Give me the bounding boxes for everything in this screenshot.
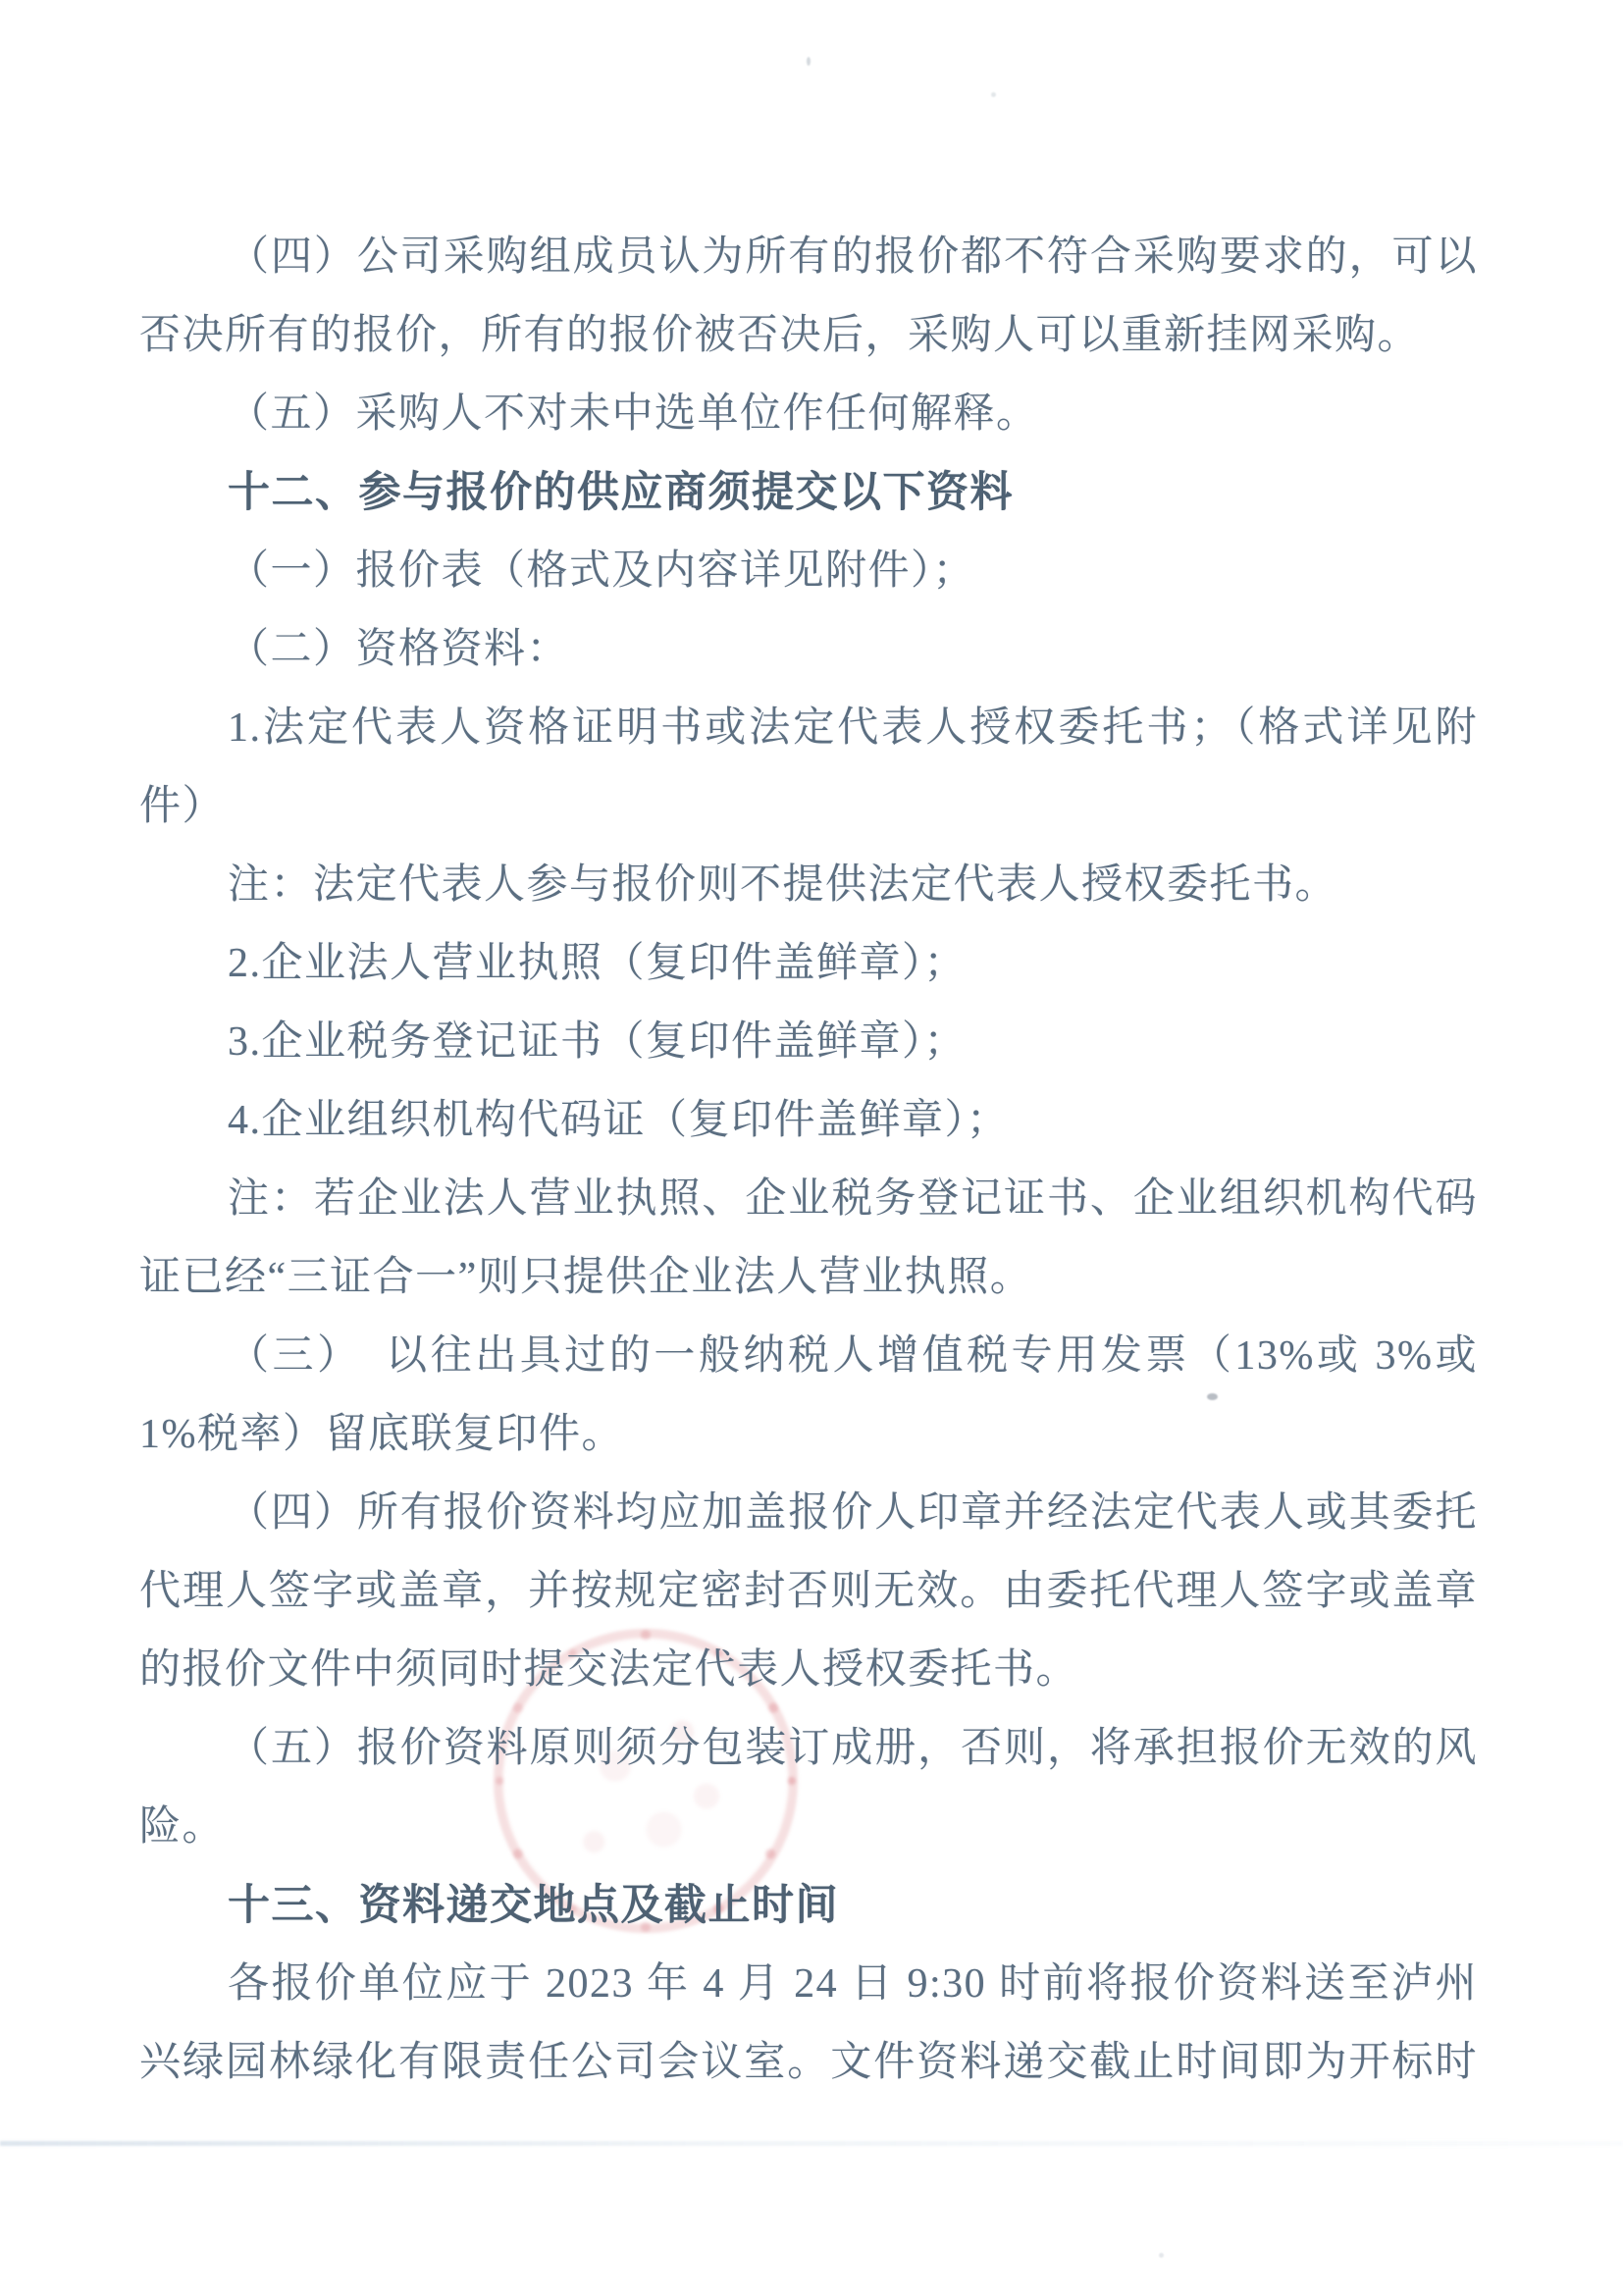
text-line: 件） [139, 767, 1478, 846]
scan-speck [1159, 2253, 1164, 2258]
text-line: （四）所有报价资料均应加盖报价人印章并经法定代表人或其委托 [139, 1474, 1478, 1552]
text-line: 险。 [139, 1788, 1478, 1866]
text-line: 否决所有的报价，所有的报价被否决后，采购人可以重新挂网采购。 [139, 296, 1478, 375]
text-line: 3.企业税务登记证书（复印件盖鲜章）； [139, 1003, 1478, 1081]
text-line: 代理人签字或盖章，并按规定密封否则无效。由委托代理人签字或盖章 [139, 1552, 1478, 1631]
section-heading: 十三、资料递交地点及截止时间 [139, 1866, 1478, 1945]
scan-streak [0, 2141, 1623, 2146]
section-heading: 十二、参与报价的供应商须提交以下资料 [139, 453, 1478, 532]
text-line: （四）公司采购组成员认为所有的报价都不符合采购要求的，可以 [139, 218, 1478, 296]
text-line: 1.法定代表人资格证明书或法定代表人授权委托书；（格式详见附 [139, 689, 1478, 767]
text-line: （五）报价资料原则须分包装订成册，否则，将承担报价无效的风 [139, 1709, 1478, 1788]
document-text-block: （四）公司采购组成员认为所有的报价都不符合采购要求的，可以 否决所有的报价，所有… [139, 218, 1478, 2102]
scan-speck [1207, 1393, 1218, 1400]
text-line: 4.企业组织机构代码证（复印件盖鲜章）； [139, 1081, 1478, 1160]
text-line: 的报价文件中须同时提交法定代表人授权委托书。 [139, 1631, 1478, 1709]
document-page: （四）公司采购组成员认为所有的报价都不符合采购要求的，可以 否决所有的报价，所有… [0, 0, 1623, 2296]
scan-speck [807, 57, 811, 66]
text-line: （五）采购人不对未中选单位作任何解释。 [139, 375, 1478, 453]
text-line: 各报价单位应于 2023 年 4 月 24 日 9:30 时前将报价资料送至泸州 [139, 1945, 1478, 2023]
text-line: （三） 以往出具过的一般纳税人增值税专用发票（13%或 3%或 [139, 1317, 1478, 1395]
scan-speck [991, 92, 996, 97]
text-line: 2.企业法人营业执照（复印件盖鲜章）； [139, 924, 1478, 1003]
text-line: 注：法定代表人参与报价则不提供法定代表人授权委托书。 [139, 846, 1478, 924]
text-line: （一）报价表（格式及内容详见附件）； [139, 532, 1478, 610]
text-line: （二）资格资料： [139, 610, 1478, 689]
text-line: 注：若企业法人营业执照、企业税务登记证书、企业组织机构代码 [139, 1160, 1478, 1238]
text-line: 1%税率）留底联复印件。 [139, 1395, 1478, 1474]
text-line: 证已经“三证合一”则只提供企业法人营业执照。 [139, 1238, 1478, 1317]
text-line: 兴绿园林绿化有限责任公司会议室。文件资料递交截止时间即为开标时 [139, 2023, 1478, 2102]
